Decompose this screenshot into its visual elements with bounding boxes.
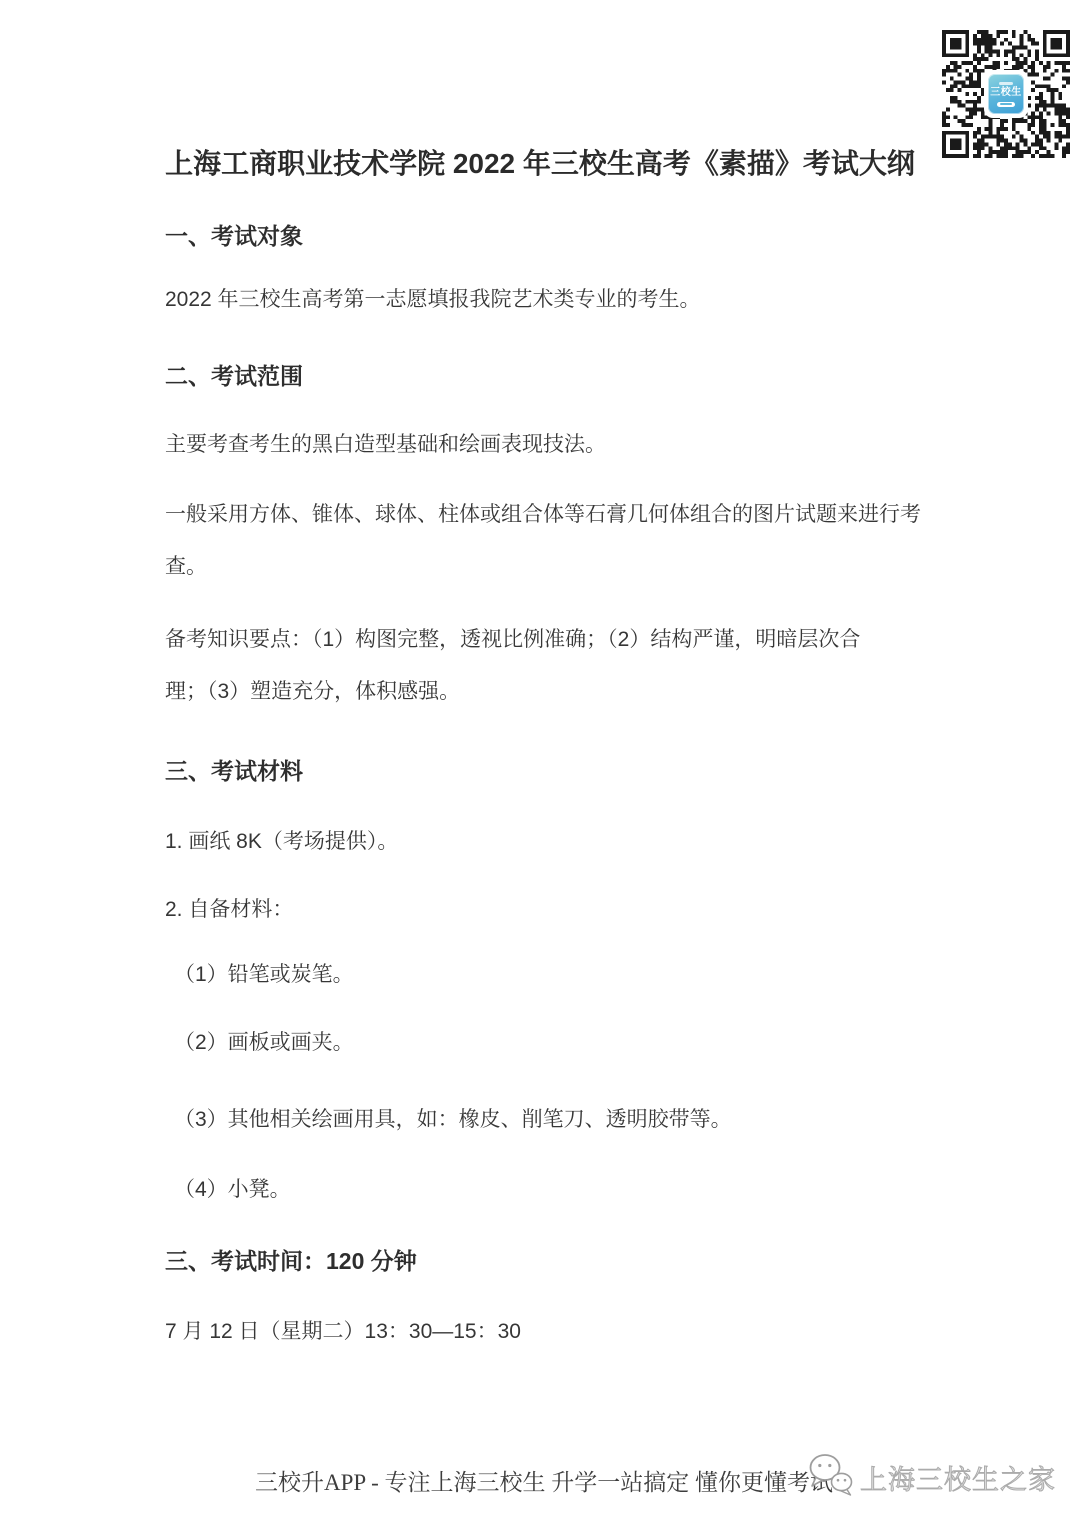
list-item: （4）小凳。 — [174, 1173, 291, 1203]
section-4-heading: 三、考试时间：120 分钟 — [165, 1243, 417, 1276]
section-2-paragraph: 一般采用方体、锥体、球体、柱体或组合体等石膏几何体组合的图片试题来进行考查。 — [165, 489, 925, 593]
list-item: （2）画板或画夹。 — [174, 1026, 354, 1056]
document-page: 三校生 上海工商职业技术学院 2022 年三校生高考《素描》考试大纲 一、考试对… — [0, 0, 1080, 1527]
section-1-paragraph: 2022 年三校生高考第一志愿填报我院艺术类专业的考生。 — [165, 283, 701, 313]
watermark: 上海三校生之家 — [806, 1450, 1066, 1506]
page-title: 上海工商职业技术学院 2022 年三校生高考《素描》考试大纲 — [0, 142, 1080, 182]
watermark-text: 上海三校生之家 — [860, 1458, 1056, 1497]
section-2-paragraph: 主要考查考生的黑白造型基础和绘画表现技法。 — [165, 428, 606, 458]
wechat-icon — [806, 1452, 854, 1498]
section-2-heading: 二、考试范围 — [165, 358, 303, 391]
footer-app-line: 三校升APP - 专注上海三校生 升学一站搞定 懂你更懂考试 — [255, 1464, 833, 1497]
section-3-paragraph: 2. 自备材料： — [165, 893, 293, 923]
section-3-paragraph: 1. 画纸 8K（考场提供）。 — [165, 825, 398, 855]
qr-logo-label: 三校生 — [990, 88, 1022, 98]
list-item: （3）其他相关绘画用具，如：橡皮、削笔刀、透明胶带等。 — [174, 1103, 732, 1133]
section-3-heading: 三、考试材料 — [165, 753, 303, 786]
section-1-heading: 一、考试对象 — [165, 218, 303, 251]
list-item: （1）铅笔或炭笔。 — [174, 958, 354, 988]
section-4-paragraph: 7 月 12 日（星期二）13：30—15：30 — [165, 1315, 521, 1345]
qr-logo: 三校生 — [988, 74, 1024, 114]
qr-logo-decoration-top — [999, 82, 1013, 85]
section-2-paragraph: 备考知识要点：（1）构图完整，透视比例准确；（2）结构严谨，明暗层次合理；（3）… — [165, 614, 891, 718]
qr-logo-decoration-bottom — [997, 102, 1015, 107]
qr-code: 三校生 — [942, 30, 1070, 158]
